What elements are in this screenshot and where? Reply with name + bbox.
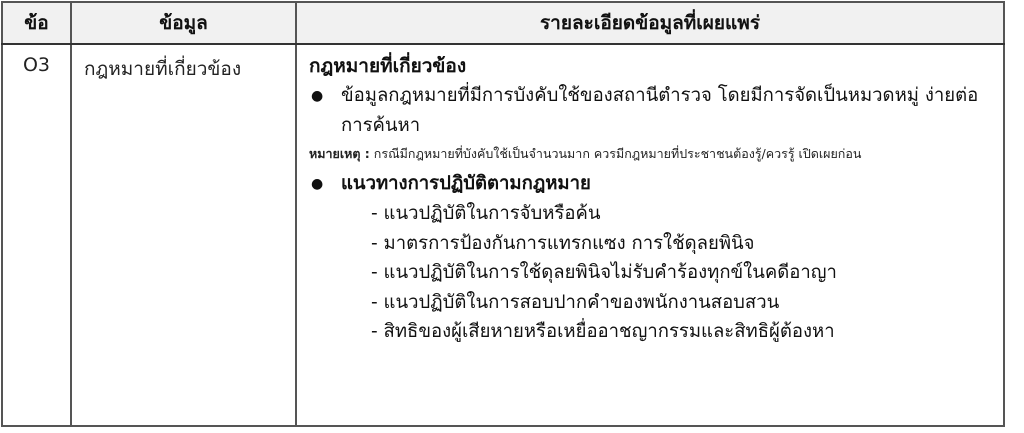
cell-info-name: กฎหมายที่เกี่ยวข้อง [71,44,296,426]
bullet-text: ข้อมูลกฎหมายที่มีการบังคับใช้ของสถานีตำร… [341,81,993,141]
sub-list-item: - สิทธิของผู้เสียหายหรือเหยื่ออาชญากรรมแ… [371,317,993,347]
guideline-sub-list: - แนวปฏิบัติในการจับหรือค้น - มาตรการป้อ… [309,199,993,347]
table-header: ข้อ ข้อมูล รายละเอียดข้อมูลที่เผยแพร่ [2,2,1004,44]
note-label: หมายเหตุ : [309,146,370,161]
cell-item-number: O3 [2,44,71,426]
header-info: ข้อมูล [71,2,296,44]
bullet-icon: ● [309,169,341,199]
header-row: ข้อ ข้อมูล รายละเอียดข้อมูลที่เผยแพร่ [2,2,1004,44]
bullet-text: แนวทางการปฏิบัติตามกฎหมาย [341,169,993,199]
note: หมายเหตุ : กรณีมีกฎหมายที่บังคับใช้เป็นจ… [309,143,993,165]
sub-list-item: - แนวปฏิบัติในการสอบปากคำของพนักงานสอบสว… [371,288,993,318]
detail-title: กฎหมายที่เกี่ยวข้อง [309,53,993,79]
header-no: ข้อ [2,2,71,44]
table-row: O3 กฎหมายที่เกี่ยวข้อง กฎหมายที่เกี่ยวข้… [2,44,1004,426]
sub-list-item: - มาตรการป้องกันการแทรกแซง การใช้ดุลยพิน… [371,229,993,259]
header-detail: รายละเอียดข้อมูลที่เผยแพร่ [296,2,1004,44]
cell-detail: กฎหมายที่เกี่ยวข้อง ● ข้อมูลกฎหมายที่มีก… [296,44,1004,426]
note-text: กรณีมีกฎหมายที่บังคับใช้เป็นจำนวนมาก ควร… [370,146,862,161]
bullet-item-law-data: ● ข้อมูลกฎหมายที่มีการบังคับใช้ของสถานีต… [309,81,993,141]
sub-list-item: - แนวปฏิบัติในการใช้ดุลยพินิจไม่รับคำร้อ… [371,258,993,288]
disclosure-table: ข้อ ข้อมูล รายละเอียดข้อมูลที่เผยแพร่ O3… [1,1,1005,427]
bullet-item-guidelines: ● แนวทางการปฏิบัติตามกฎหมาย [309,169,993,199]
table-body: O3 กฎหมายที่เกี่ยวข้อง กฎหมายที่เกี่ยวข้… [2,44,1004,426]
bullet-icon: ● [309,81,341,111]
sub-list-item: - แนวปฏิบัติในการจับหรือค้น [371,199,993,229]
